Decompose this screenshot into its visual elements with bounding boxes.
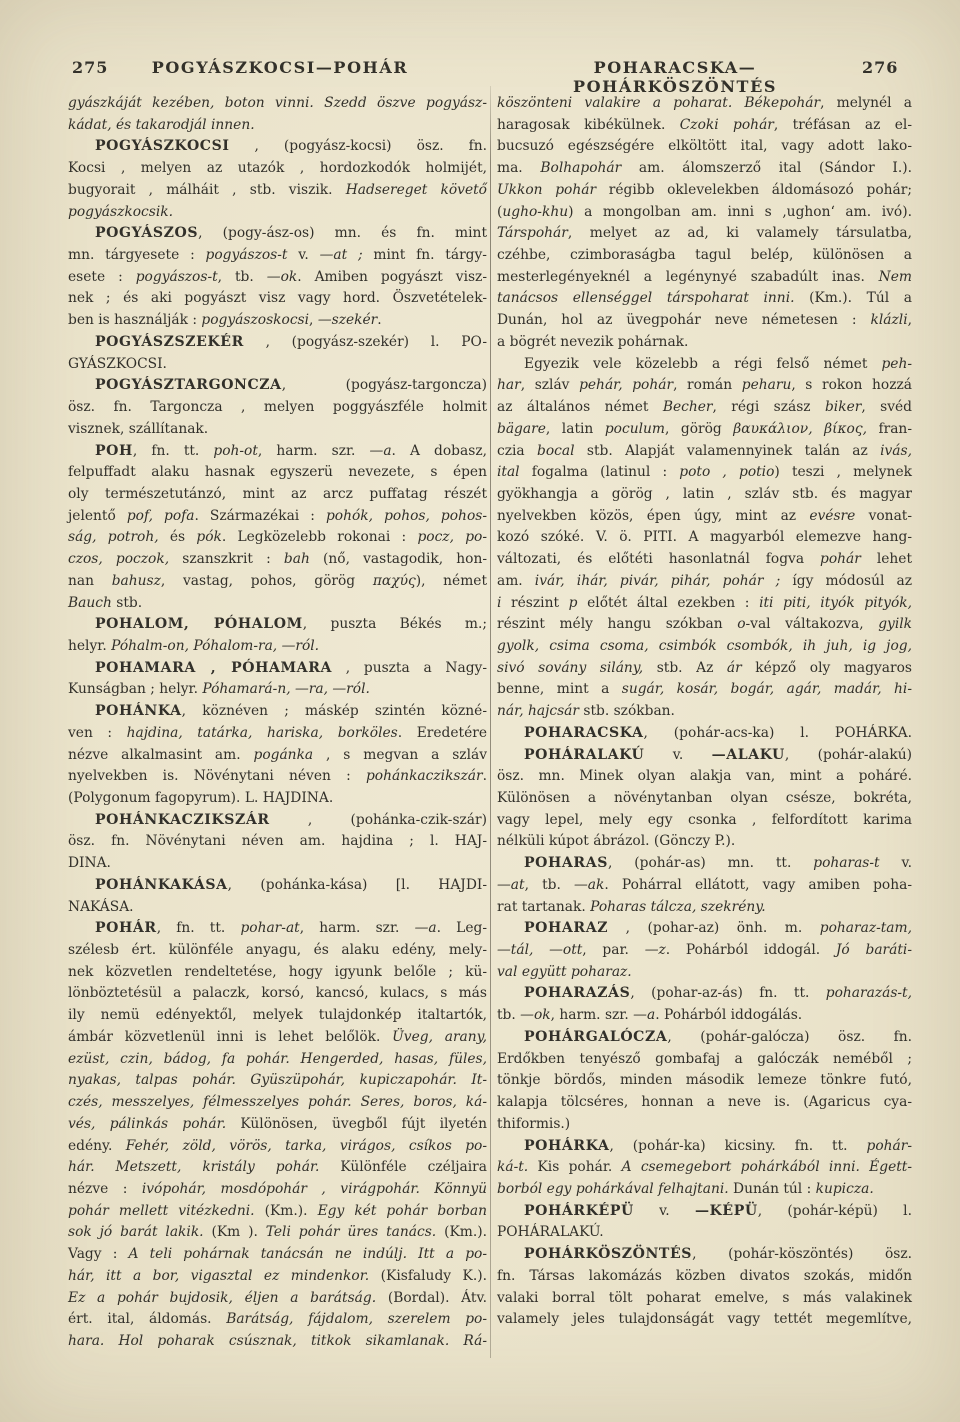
italic-text: Ez a pohár bujdosik, éljen a barátság.	[68, 1290, 376, 1306]
body-text: , (pogyász-kocsi) ösz. fn.	[230, 138, 487, 154]
text-line: köszönteni valakire a poharat. Békepohár…	[497, 93, 912, 115]
text-line: kádat, és takarodjál innen.	[68, 115, 487, 137]
text-line: ily nemü edényektől, melyek tulajdonkép …	[68, 1005, 487, 1027]
body-text: Dunán túl :	[729, 1181, 816, 1197]
italic-text: pogyászkocsik.	[68, 204, 173, 220]
text-line: gyolk, csima csoma, csimbók csombók, ih …	[497, 636, 912, 658]
body-text: nyelvekben is. Növénytani néven :	[68, 768, 366, 784]
body-text: , tb.	[525, 877, 574, 893]
body-text: stb. szókban.	[579, 703, 675, 719]
body-text: nyelvekben közös, épen úgy, mint az	[497, 508, 809, 524]
text-line: fn. Társas lakomázás közben divatos szok…	[497, 1266, 912, 1288]
headword: POHARAZ	[524, 920, 608, 936]
headword: POHARAS	[524, 855, 608, 871]
text-line: bucsuzó egészségére elköltött ital, vagy…	[497, 136, 912, 158]
body-text: , puszta a Nagy-	[332, 660, 487, 676]
text-line: POGYÁSZKOCSI , (pogyász-kocsi) ösz. fn.	[68, 136, 487, 158]
italic-text: vés, pálinkás pohár.	[68, 1116, 226, 1132]
body-text: , fn. tt.	[157, 920, 241, 936]
body-text: az általános német	[497, 399, 663, 415]
body-text: stb.	[112, 595, 142, 611]
body-text: v.	[287, 247, 319, 263]
text-line: ság, potroh, és pók. Legközelebb rokonai…	[68, 527, 487, 549]
italic-text: ság, potroh,	[68, 529, 159, 545]
text-line: tb. —ok, harm. szr. —a. Pohárból iddogál…	[497, 1005, 912, 1027]
italic-text: pohók, pohos, pohos-	[326, 508, 487, 524]
body-text: , tb.	[218, 269, 267, 285]
text-line: POHALOM, PÓHALOM, puszta Békés m.;	[68, 614, 487, 636]
body-text: (Km.).	[255, 1203, 318, 1219]
text-line: POHÁNKAKÁSA, (pohánka-kása) [l. HAJDI-	[68, 875, 487, 897]
body-text: Kunságban ; helyr.	[68, 681, 202, 697]
text-line: ben is használják : pogyászoskocsi, —sze…	[68, 310, 487, 332]
body-text: , (pogyász-targoncza)	[282, 377, 487, 393]
text-line: nek közvetlen rendeltetése, hogy igyunk …	[68, 962, 487, 984]
body-text: Erdőkben tenyésző gombafaj a galóczák ne…	[497, 1051, 912, 1067]
italic-text: bocal	[537, 443, 575, 459]
body-text: ösz. mn. Minek olyan alakja van, mint a …	[497, 768, 912, 784]
italic-text: czos, poczok,	[68, 551, 169, 567]
text-line: POHARACSKA, (pohár-acs-ka) l. POHÁRKA.	[497, 723, 912, 745]
italic-text: —ak	[574, 877, 604, 893]
body-text: Kocsi , melyen az utazók , hordozkodók h…	[68, 160, 487, 176]
body-text: , (pohar-az-ás) fn. tt.	[630, 985, 825, 1001]
body-text: valaki borral tölt poharat emelve, s más…	[497, 1290, 912, 1306]
body-text: , harm. szr.	[258, 443, 370, 459]
italic-text: biker	[825, 399, 861, 415]
text-line: ma. Bolhapohár am. álomszerző ital (Sánd…	[497, 158, 912, 180]
body-text: ) a mongolban am. inni s ‚ughon‘ am. ivó…	[568, 204, 912, 220]
body-text: v.	[644, 747, 711, 763]
body-text: visznek, szállítanak.	[68, 421, 208, 437]
italic-text: —ok	[267, 269, 297, 285]
body-text: gyökhangja a görög , latin , szláv stb. …	[497, 486, 912, 502]
body-text: . Legközelebb rokonai :	[222, 529, 418, 545]
body-text: , román	[673, 377, 742, 393]
italic-text: pogyászos-t	[206, 247, 288, 263]
text-line: hár, itt a bor, vigasztal ez mindenkor. …	[68, 1266, 487, 1288]
italic-text: Bolhapohár	[540, 160, 621, 176]
headword: POH	[95, 443, 133, 459]
body-text: szélesb ért. különféle anyagu, és alaku …	[68, 942, 487, 958]
headword: POHÁNKACZIKSZÁR	[95, 812, 270, 828]
text-line: pogyászkocsik.	[68, 202, 487, 224]
body-text: DINA.	[68, 855, 111, 871]
text-line: ven : hajdina, tatárka, hariska, borköle…	[68, 723, 487, 745]
text-column-right: köszönteni valakire a poharat. Békepohár…	[497, 93, 912, 1331]
italic-text: czés, messzelyes, félmesszelyes pohár. S…	[68, 1094, 487, 1110]
body-text: , fn. tt.	[133, 443, 213, 459]
body-text: részint	[501, 595, 568, 611]
text-line: —tál, —ott, par. —z. Pohárból iddogál. J…	[497, 940, 912, 962]
text-line: visznek, szállítanak.	[68, 419, 487, 441]
headword: POHARAZÁS	[524, 985, 630, 1001]
text-line: POHÁRGALÓCZA, (pohár-galócza) ösz. fn.	[497, 1027, 912, 1049]
body-text: ,	[908, 312, 912, 328]
body-text: fogalma (latinul :	[520, 464, 680, 480]
italic-text: A csemegebort pohárkából inni. Égett-	[622, 1159, 912, 1175]
body-text: NAKÁSA.	[68, 899, 134, 915]
body-text: ösz. fn. Targoncza , melyen poggyászféle…	[68, 399, 487, 415]
body-text: POHÁRALAKÚ.	[497, 1224, 604, 1240]
body-text: Kis pohár.	[528, 1159, 621, 1175]
body-text: haragosak kibékülnek.	[497, 117, 680, 133]
text-line: ösz. mn. Minek olyan alakja van, mint a …	[497, 766, 912, 788]
running-head-left: POGYÁSZKOCSI—POHÁR	[100, 58, 460, 80]
text-line: ká-t. Kis pohár. A csemegebort pohárkábó…	[497, 1157, 912, 1179]
italic-text: bahusz	[112, 573, 161, 589]
body-text: , puszta Békés m.;	[303, 616, 487, 632]
italic-text: pohánkaczikszár	[366, 768, 483, 784]
body-text: lönböztetésül a palaczk, korsó, kancsó, …	[68, 985, 487, 1001]
italic-text: hajdina, tatárka, hariska, borköles	[127, 725, 398, 741]
body-text: ma.	[497, 160, 540, 176]
text-line: tanácsos ellenséggel társpoharat inni. (…	[497, 288, 912, 310]
italic-text: bah	[284, 551, 310, 567]
italic-text: ká-t.	[497, 1159, 528, 1175]
body-text: felpuffadt alaku hasnak egyszerü nevezet…	[68, 464, 487, 480]
italic-text: poh-ot	[213, 443, 258, 459]
text-line: gyászkáját kezében, boton vinni. Szedd ö…	[68, 93, 487, 115]
text-line: Dunán, hol az üvegpohár neve németesen :…	[497, 310, 912, 332]
body-text: , (pohár-köszöntés) ösz.	[692, 1246, 912, 1262]
text-line: felpuffadt alaku hasnak egyszerü nevezet…	[68, 462, 487, 484]
italic-text: Hadsereget követő	[346, 182, 487, 198]
text-line: —at, tb. —ak. Pohárral ellátott, vagy am…	[497, 875, 912, 897]
italic-text: nár, hajcsár	[497, 703, 579, 719]
text-line: POHAMARA , PÓHAMARA , puszta a Nagy-	[68, 658, 487, 680]
body-text: , tréfásan az el-	[774, 117, 912, 133]
italic-text: Becher	[663, 399, 713, 415]
text-line: valamely jeles tulajdonságát vagy tettét…	[497, 1309, 912, 1331]
running-head-right: POHARACSKA—POHÁRKÖSZÖNTÉS	[505, 58, 845, 80]
text-line: bägare, latin poculum, görög βαυκάλιον, …	[497, 419, 912, 441]
body-text: fran-	[867, 421, 912, 437]
text-line: tönkje bördős, minden második lemeze tön…	[497, 1070, 912, 1092]
body-text: mn. tárgyesete :	[68, 247, 206, 263]
italic-text: —ok	[520, 1007, 550, 1023]
text-line: hara. Hol poharak csúsznak, titkok sikam…	[68, 1331, 487, 1353]
text-line: ezüst, czin, bádog, fa pohár. Hengerded,…	[68, 1049, 487, 1071]
text-line: POHÁRKÉPÜ v. —KÉPÜ, (pohár-képü) l.	[497, 1201, 912, 1223]
italic-text: sok jó barát lakik.	[68, 1224, 204, 1240]
italic-text: bägare	[497, 421, 546, 437]
italic-text: —a	[633, 1007, 655, 1023]
italic-text: Teli pohár üres tanács.	[266, 1224, 436, 1240]
italic-text: sugár, kosár, bogár, agár, madár, hi-	[622, 681, 912, 697]
text-line: nyakas, talpas pohár. Gyüszüpohár, kupic…	[68, 1070, 487, 1092]
headword: POHÁR	[95, 920, 157, 936]
text-line: haragosak kibékülnek. Czoki pohár, tréfá…	[497, 115, 912, 137]
text-line: POGYÁSZTARGONCZA, (pogyász-targoncza)	[68, 375, 487, 397]
italic-text: Társpohár	[497, 225, 568, 241]
body-text: szanszkrit :	[169, 551, 284, 567]
headword: —ALAKU	[712, 747, 785, 763]
body-text: ,	[309, 312, 318, 328]
headword: POHAMARA , PÓHAMARA	[95, 660, 332, 676]
text-line: lönböztetésül a palaczk, korsó, kancsó, …	[68, 983, 487, 1005]
body-text: , latin	[546, 421, 605, 437]
text-line: czos, poczok, szanszkrit : bah (nő, vast…	[68, 549, 487, 571]
body-text: bugyorait , málháit , stb. viszik.	[68, 182, 346, 198]
body-text: .	[377, 312, 381, 328]
text-line: részint mély hangu szókban o-val váltako…	[497, 614, 912, 636]
text-line: czés, messzelyes, félmesszelyes pohár. S…	[68, 1092, 487, 1114]
text-line: nézve : ivópohár, mosdópohár , virágpohá…	[68, 1179, 487, 1201]
text-line: vés, pálinkás pohár. Különösen, üvegből …	[68, 1114, 487, 1136]
italic-text: o	[737, 616, 745, 632]
text-line: esete : pogyászos-t, tb. —ok. Amiben pog…	[68, 267, 487, 289]
body-text: kalapja tölcséres, honnan a neve is. (Ag…	[497, 1094, 912, 1110]
text-line: nek ; és aki pogyászt visz vagy hord. Ös…	[68, 288, 487, 310]
italic-text: pohár-	[866, 1138, 912, 1154]
headword: POHÁRALAKÚ	[524, 747, 644, 763]
body-text: . Eredetére	[398, 725, 487, 741]
text-line: nélküli kúpot ábrázol. (Gönczy P.).	[497, 831, 912, 853]
headword: POGYÁSZOS	[95, 225, 198, 241]
text-line: POHÁRKÖSZÖNTÉS, (pohár-köszöntés) ösz.	[497, 1244, 912, 1266]
body-text: képző oly magyaros	[742, 660, 912, 676]
text-line: benne, mint a sugár, kosár, bogár, agár,…	[497, 679, 912, 701]
italic-text: hara. Hol poharak csúsznak, titkok sikam…	[68, 1333, 487, 1349]
headword: POHÁRKÖSZÖNTÉS	[524, 1246, 692, 1262]
body-text: , (pohár-galócza) ösz. fn.	[667, 1029, 912, 1045]
italic-text: ezüst, czin, bádog, fa pohár. Hengerded,…	[68, 1051, 487, 1067]
italic-text: ivás,	[880, 443, 912, 459]
text-line: czia bocal stb. Alapját valamennyinek ta…	[497, 441, 912, 463]
italic-text: hár. Metszett, kristály pohár.	[68, 1159, 319, 1175]
body-text: , melynél a	[820, 95, 912, 111]
body-text: nek közvetlen rendeltetése, hogy igyunk …	[68, 964, 487, 980]
body-text: (Kisfaludy K.).	[369, 1268, 487, 1284]
body-text: rat tartanak.	[497, 899, 590, 915]
italic-text: Czoki pohár	[680, 117, 774, 133]
body-text: , svéd	[861, 399, 912, 415]
body-text: Különféle czéljaira	[319, 1159, 487, 1175]
body-text: v.	[880, 855, 912, 871]
body-text: , (pohánka-kása) [l. HAJDI-	[228, 877, 487, 893]
body-text: , (pohár-acs-ka) l. POHÁRKA.	[644, 725, 912, 741]
text-line: i részint p előtét által ezekben : iti p…	[497, 593, 912, 615]
body-text: kozó szóké. V. ö. PITI. A magyarból elem…	[497, 529, 912, 545]
body-text: valamely jeles tulajdonságát vagy tettét…	[497, 1311, 912, 1327]
italic-text: Bauch	[68, 595, 112, 611]
body-text: helyr.	[68, 638, 111, 654]
text-line: bugyorait , málháit , stb. viszik. Hadse…	[68, 180, 487, 202]
text-line: Bauch stb.	[68, 593, 487, 615]
body-text: a bögrét nevezik pohárnak.	[497, 334, 688, 350]
body-text: (Bordal). Átv.	[376, 1290, 487, 1306]
italic-text: Poharas tálcza, szekrény.	[590, 899, 765, 915]
italic-text: Póhamará-n, —ra, —ról.	[202, 681, 369, 697]
body-text: , par.	[582, 942, 644, 958]
body-text: -val váltakozva,	[746, 616, 879, 632]
page-number-right: 276	[862, 58, 898, 77]
headword: POGYÁSZSZEKÉR	[95, 334, 244, 350]
headword: POGYÁSZTARGONCZA	[95, 377, 282, 393]
dictionary-page: 275 POGYÁSZKOCSI—POHÁR POHARACSKA—POHÁRK…	[0, 0, 960, 1422]
text-line: rat tartanak. Poharas tálcza, szekrény.	[497, 897, 912, 919]
italic-text: pogánka	[253, 747, 313, 763]
italic-text: gyolk, csima csoma, csimbók csombók, ih …	[497, 638, 912, 654]
italic-text: tanácsos ellenséggel társpoharat inni.	[497, 290, 795, 306]
text-line: kozó szóké. V. ö. PITI. A magyarból elem…	[497, 527, 912, 549]
body-text: mesterlegényeknél a legénynyé szabadúlt …	[497, 269, 879, 285]
body-text: mint fn. tárgy-	[363, 247, 487, 263]
italic-text: —a	[370, 443, 392, 459]
body-text: ösz. fn. Növénytani néven am. hajdina ; …	[68, 833, 487, 849]
italic-text: A teli pohárnak tanácsán ne indúlj. Itt …	[129, 1246, 488, 1262]
body-text: . Pohárral ellátott, vagy amiben poha-	[604, 877, 912, 893]
body-text: , (pohár-as) mn. tt.	[608, 855, 813, 871]
text-line: GYÁSZKOCSI.	[68, 354, 487, 376]
italic-text: gyászkáját kezében, boton vinni. Szedd ö…	[68, 95, 487, 111]
text-line: DINA.	[68, 853, 487, 875]
text-line: am. ivár, ihár, pivár, pihár, pohár ; íg…	[497, 571, 912, 593]
body-text: részint mély hangu szókban	[497, 616, 737, 632]
body-text: . A dobasz,	[392, 443, 487, 459]
body-text: , s megvan a szláv	[313, 747, 487, 763]
text-line: Erdőkben tenyésző gombafaj a galóczák ne…	[497, 1049, 912, 1071]
italic-text: har	[497, 377, 521, 393]
body-text: , (pohar-az) önh. m.	[608, 920, 820, 936]
italic-text: ár	[727, 660, 742, 676]
text-line: Ukkon pohár régibb oklevelekben áldomáso…	[497, 180, 912, 202]
text-line: borból egy pohárkával felhajtani. Dunán …	[497, 1179, 912, 1201]
body-text: (Km.). Túl a	[795, 290, 913, 306]
italic-text: Ukkon pohár	[497, 182, 596, 198]
body-text: , (pogyász-szekér) l. PO-	[244, 334, 487, 350]
body-text: am.	[497, 573, 535, 589]
body-text: ) teszi , melynek	[774, 464, 912, 480]
italic-text: —at	[497, 877, 525, 893]
text-line: POHÁNKA, köznéven ; máskép szintén közné…	[68, 701, 487, 723]
body-text: (Km ).	[204, 1224, 266, 1240]
headword: POGYÁSZKOCSI	[95, 138, 230, 154]
body-text: am. álomszerző ital (Sándor I.).	[621, 160, 912, 176]
body-text: (Km.).	[436, 1224, 487, 1240]
italic-text: poharaz-tam,	[820, 920, 912, 936]
italic-text: ivár, ihár, pivár, pihár, pohár ;	[535, 573, 780, 589]
text-line: POHÁRALAKÚ.	[497, 1222, 912, 1244]
body-text: GYÁSZKOCSI.	[68, 356, 167, 372]
text-line: vagy lepel, mely egy csonka , felfordíto…	[497, 810, 912, 832]
italic-text: evésre	[809, 508, 855, 524]
body-text: edény.	[68, 1138, 126, 1154]
headword: POHÁNKAKÁSA	[95, 877, 228, 893]
body-text: stb. Alapját valamennyinek talán az	[575, 443, 881, 459]
body-text: lehet	[861, 551, 912, 567]
text-line: (ugho-khu) a mongolban am. inni s ‚ughon…	[497, 202, 912, 224]
italic-text: —szekér	[318, 312, 377, 328]
text-line: edény. Fehér, zöld, vörös, tarka, virágo…	[68, 1136, 487, 1158]
italic-text: peharu	[742, 377, 792, 393]
italic-text: pohár	[820, 551, 861, 567]
text-line: mn. tárgyesete : pogyászos-t v. —at ; mi…	[68, 245, 487, 267]
text-line: Különösen a növénytanban olyan csésze, b…	[497, 788, 912, 810]
body-text: , (pohár-képü) l.	[758, 1203, 912, 1219]
italic-text: παχύς	[373, 573, 416, 589]
italic-text: —at ;	[320, 247, 363, 263]
body-text: tb.	[497, 1007, 520, 1023]
text-line: gyökhangja a görög , latin , szláv stb. …	[497, 484, 912, 506]
text-line: nyelvekben közös, épen úgy, mint az evés…	[497, 506, 912, 528]
italic-text: pogyászoskocsi	[201, 312, 309, 328]
text-line: ösz. fn. Targoncza , melyen poggyászféle…	[68, 397, 487, 419]
text-line: sivó sovány silány, stb. Az ár képző oly…	[497, 658, 912, 680]
text-line: thiformis.)	[497, 1114, 912, 1136]
body-text: . Pohárból iddogálás.	[655, 1007, 802, 1023]
text-line: val együtt poharaz.	[497, 962, 912, 984]
italic-text: klázli	[871, 312, 908, 328]
body-text: fn. Társas lakomázás közben divatos szok…	[497, 1268, 912, 1284]
italic-text: Póhalm-on, Póhalom-ra, —ról.	[111, 638, 319, 654]
text-line: NAKÁSA.	[68, 897, 487, 919]
italic-text: poto , potio	[679, 464, 774, 480]
body-text: , harm. szr.	[300, 920, 415, 936]
body-text: , vastag, pohos, görög	[161, 573, 373, 589]
italic-text: —tál, —ott	[497, 942, 582, 958]
body-text: , (pohár-alakú)	[785, 747, 912, 763]
text-line: valaki borral tölt poharat emelve, s más…	[497, 1288, 912, 1310]
body-text: Különösen a növénytanban olyan csésze, b…	[497, 790, 912, 806]
text-line: sok jó barát lakik. (Km ). Teli pohár ür…	[68, 1222, 487, 1244]
text-line: oly természetutánzó, mint az arcz puffat…	[68, 484, 487, 506]
text-line: Társpohár, melyet az ad, ki valamely tár…	[497, 223, 912, 245]
body-text: régibb oklevelekben áldomásozó pohár;	[596, 182, 912, 198]
body-text: vagy lepel, mely egy csonka , felfordíto…	[497, 812, 912, 828]
body-text: (Polygonum fagopyrum). L. HAJDINA.	[68, 790, 333, 806]
body-text: így módosúl az	[780, 573, 912, 589]
text-line: szélesb ért. különféle anyagu, és alaku …	[68, 940, 487, 962]
body-text: , régi szász	[713, 399, 825, 415]
italic-text: poharazás-t,	[826, 985, 912, 1001]
italic-text: borból egy pohárkával felhajtani.	[497, 1181, 729, 1197]
body-text: nan	[68, 573, 112, 589]
body-text: , görög	[665, 421, 733, 437]
body-text: stb. Az	[643, 660, 727, 676]
text-line: Vagy : A teli pohárnak tanácsán ne indúl…	[68, 1244, 487, 1266]
italic-text: Üveg, arany,	[392, 1029, 487, 1045]
body-text: , harm. szr.	[551, 1007, 634, 1023]
italic-text: val együtt poharaz.	[497, 964, 632, 980]
text-line: helyr. Póhalm-on, Póhalom-ra, —ról.	[68, 636, 487, 658]
body-text: tönkje bördős, minden második lemeze tön…	[497, 1072, 912, 1088]
text-line: jelentő pof, pofa. Származékai : pohók, …	[68, 506, 487, 528]
italic-text: —a	[415, 920, 437, 936]
text-line: (Polygonum fagopyrum). L. HAJDINA.	[68, 788, 487, 810]
body-text: nézve :	[68, 1181, 142, 1197]
italic-text: gyilk	[878, 616, 912, 632]
headword: POHALOM, PÓHALOM	[95, 616, 303, 632]
body-text: benne, mint a	[497, 681, 622, 697]
body-text: esete :	[68, 269, 136, 285]
headword: POHÁRKA	[524, 1138, 609, 1154]
body-text: ért. ital, áldomás.	[68, 1311, 226, 1327]
text-line: nyelvekben is. Növénytani néven : pohánk…	[68, 766, 487, 788]
body-text: oly természetutánzó, mint az arcz puffat…	[68, 486, 487, 502]
italic-text: pohár mellett vitézkedni.	[68, 1203, 255, 1219]
headword: POHÁRKÉPÜ	[524, 1203, 634, 1219]
text-line: POHÁR, fn. tt. pohar-at, harm. szr. —a. …	[68, 918, 487, 940]
italic-text: Egy két pohár borban	[318, 1203, 487, 1219]
column-divider-rule	[490, 86, 491, 1358]
body-text: ily nemü edényektől, melyek tulajdonkép …	[68, 1007, 487, 1023]
italic-text: iti piti, ityók pityók,	[759, 595, 912, 611]
text-column-left: gyászkáját kezében, boton vinni. Szedd ö…	[68, 93, 487, 1353]
italic-text: Fehér, zöld, vörös, tarka, virágos, csík…	[126, 1138, 487, 1154]
text-line: kalapja tölcséres, honnan a neve is. (Ag…	[497, 1092, 912, 1114]
